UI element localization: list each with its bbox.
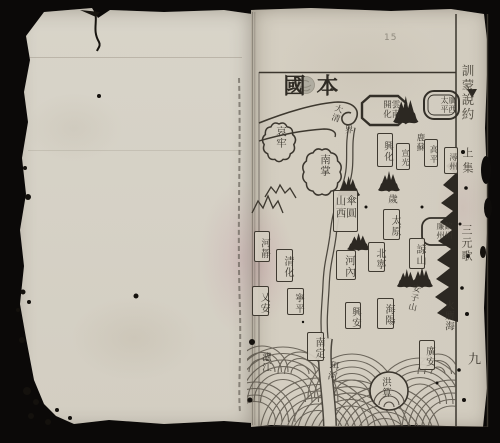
- label-ai-lao: 哀牢: [272, 126, 286, 156]
- pencil-folio-number: 15: [384, 34, 397, 43]
- section-label: 三元歌: [457, 224, 472, 272]
- label-thai-nguyen: 太原: [383, 209, 400, 240]
- label-bac-ninh: 北寧: [368, 242, 385, 272]
- label-hung-an: 興安: [345, 302, 361, 329]
- map-title: 本國: [276, 74, 342, 100]
- book-spine-title: 訓蒙說約: [456, 64, 473, 128]
- qing-border-banner: 大清: [324, 102, 343, 127]
- cartouche-guangxi-taiping: 廣西 太平: [429, 96, 456, 115]
- label-thanh-hoa: 清化: [276, 249, 293, 282]
- label-nam-dinh: 南定: [307, 332, 324, 361]
- map-labels: 本國 訓蒙說約 上集 三元歌 九 15 大清界雲南 開化廣西 太平欽州 廉州哀牢…: [0, 0, 500, 443]
- book-scan: 本國 訓蒙說約 上集 三元歌 九 15 大清界雲南 開化廣西 太平欽州 廉州哀牢…: [0, 0, 500, 443]
- page-number: 九: [463, 352, 479, 370]
- label-tam-chau: 潯州: [444, 147, 458, 174]
- banner-seal-char: 界: [341, 125, 352, 136]
- label-sea-bay: 火膺海: [440, 300, 453, 340]
- label-lo-giang: 瀘江: [258, 352, 270, 380]
- label-hung-hoa: 興化: [377, 133, 393, 167]
- label-yen-tu-mountain: 安子山: [401, 282, 420, 320]
- label-nhi-ha-river: 珥河: [322, 359, 339, 389]
- cartouche-yunnan-kaihua: 雲南 開化: [367, 100, 399, 120]
- volume-label: 上集: [458, 147, 473, 181]
- label-lang-son: 諒山: [409, 238, 425, 269]
- label-hong-island: 洪算: [377, 377, 390, 404]
- label-ha-tinh: 河靜: [254, 231, 270, 262]
- label-luc-to: 鹿蘇: [412, 133, 424, 157]
- label-ha-noi: 河內: [336, 250, 356, 280]
- label-ninh-binh: 寧平: [287, 288, 304, 315]
- label-tuyen-quang: 宣光: [396, 143, 410, 170]
- label-hai-duong: 海陽: [377, 298, 394, 329]
- label-nghe-an: 乂安: [252, 286, 269, 316]
- label-quang-an: 廣安: [419, 340, 435, 370]
- cartouche-qin-lian: 欽州 廉州: [427, 222, 452, 241]
- mountain-char: 歲: [384, 194, 396, 207]
- label-cao-bang: 高平: [424, 139, 438, 167]
- label-nam-chuong: 南掌: [316, 154, 330, 186]
- label-son-tay-tan-vien: 傘圓 山西: [333, 190, 358, 232]
